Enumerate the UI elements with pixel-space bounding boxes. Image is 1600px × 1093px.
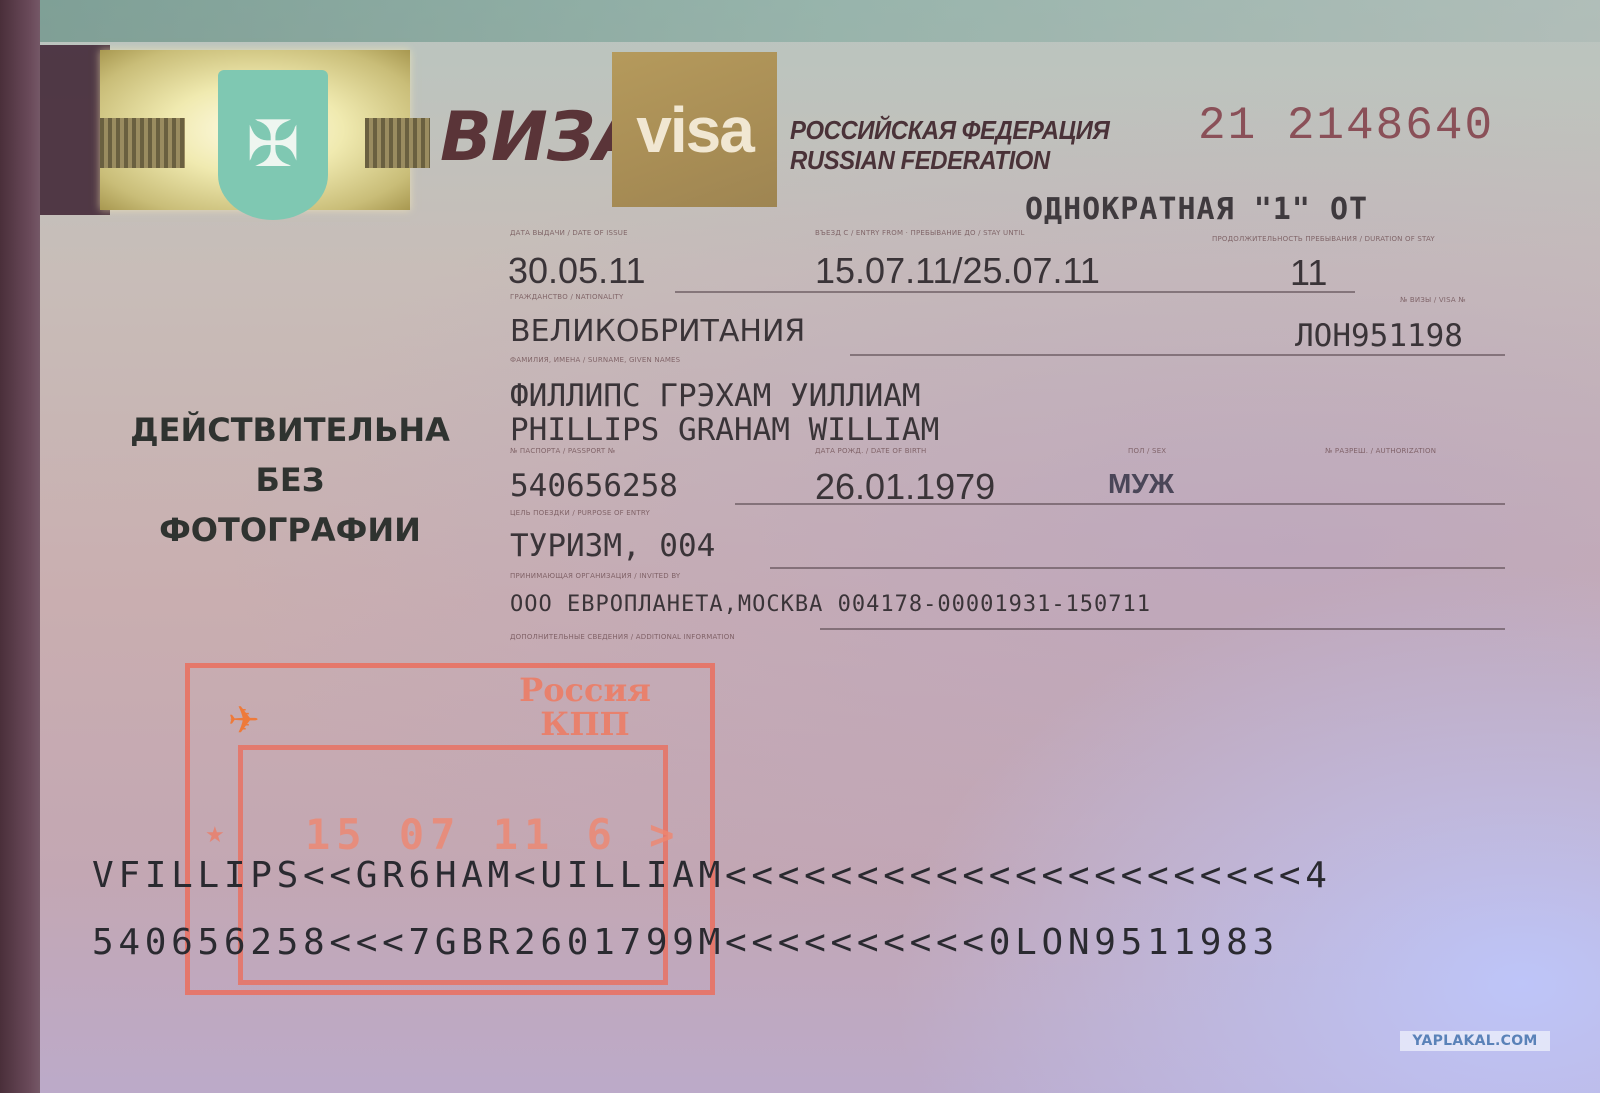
mrz-line-1: VFILLIPS<<GR6HAM<UILLIAM<<<<<<<<<<<<<<<<… <box>92 855 1332 896</box>
stamp-country: Россия КПП <box>510 673 660 741</box>
date-of-issue-value: 30.05.11 <box>508 250 645 292</box>
photo-note-line-2: БЕЗ <box>125 455 455 505</box>
stamp-checkpoint: КПП <box>510 707 660 741</box>
invited-by-value: ООО ЕВРОПЛАНЕТА,МОСКВА 004178-00001931-1… <box>510 592 1151 617</box>
hologram-bar-right <box>365 118 430 168</box>
site-watermark: YAPLAKAL.COM <box>1400 1031 1550 1051</box>
date-of-issue-label: ДАТА ВЫДАЧИ / DATE OF ISSUE <box>510 229 628 237</box>
duration-value: 11 <box>1290 252 1327 294</box>
nationality-value: ВЕЛИКОБРИТАНИЯ <box>510 314 805 349</box>
rule-2 <box>850 354 1505 356</box>
hologram-bar-left <box>100 118 185 168</box>
names-en-value: PHILLIPS GRAHAM WILLIAM <box>510 412 939 448</box>
names-ru-value: ФИЛЛИПС ГРЭХАМ УИЛЛИАМ <box>510 378 921 414</box>
passport-number-label: № ПАСПОРТА / PASSPORT № <box>510 447 615 455</box>
date-of-birth-label: ДАТА РОЖД. / DATE OF BIRTH <box>815 447 926 455</box>
rule-5 <box>820 628 1505 630</box>
visa-entry-type: ОДНОКРАТНАЯ "1" ОТ <box>1025 192 1368 227</box>
visa-number-label: № ВИЗЫ / VISA № <box>1400 296 1466 304</box>
validity-label: ВЪЕЗД С / ENTRY FROM · ПРЕБЫВАНИЕ ДО / S… <box>815 229 1025 237</box>
visa-title-en: visa <box>612 52 777 207</box>
date-of-birth-value: 26.01.1979 <box>815 466 995 508</box>
rule-3 <box>735 503 1505 505</box>
nationality-label: ГРАЖДАНСТВО / NATIONALITY <box>510 293 624 301</box>
duration-label: ПРОДОЛЖИТЕЛЬНОСТЬ ПРЕБЫВАНИЯ / DURATION … <box>1212 235 1435 243</box>
authorization-label: № РАЗРЕШ. / AUTHORIZATION <box>1325 447 1436 455</box>
valid-without-photo-note: ДЕЙСТВИТЕЛЬНА БЕЗ ФОТОГРАФИИ <box>125 405 455 555</box>
photo-note-line-3: ФОТОГРАФИИ <box>125 505 455 555</box>
names-label: ФАМИЛИЯ, ИМЕНА / SURNAME, GIVEN NAMES <box>510 356 680 364</box>
double-headed-eagle-icon: ✠ <box>218 70 328 220</box>
star-icon: ★ <box>205 823 225 848</box>
issuer: РОССИЙСКАЯ ФЕДЕРАЦИЯ RUSSIAN FEDERATION <box>790 115 1109 175</box>
invited-by-label: ПРИНИМАЮЩАЯ ОРГАНИЗАЦИЯ / INVITED BY <box>510 572 680 580</box>
rule-4 <box>770 567 1505 569</box>
airplane-icon: ✈ <box>228 705 358 735</box>
stamp-date: 15 07 11 6 > <box>305 810 680 859</box>
visa-number-value: ЛОН951198 <box>1295 318 1463 354</box>
issuer-ru: РОССИЙСКАЯ ФЕДЕРАЦИЯ <box>790 115 1109 145</box>
rule-1 <box>675 291 1355 293</box>
issuer-en: RUSSIAN FEDERATION <box>790 145 1109 175</box>
sex-value: МУЖ <box>1108 468 1174 500</box>
purpose-value: ТУРИЗМ, 004 <box>510 528 715 564</box>
validity-value: 15.07.11/25.07.11 <box>815 250 1100 292</box>
sex-label: ПОЛ / SEX <box>1128 447 1166 455</box>
additional-info-label: ДОПОЛНИТЕЛЬНЫЕ СВЕДЕНИЯ / ADDITIONAL INF… <box>510 633 735 641</box>
passport-number-value: 540656258 <box>510 468 678 504</box>
passport-top-band <box>40 0 1600 42</box>
stamp-country-name: Россия <box>510 673 660 707</box>
purpose-label: ЦЕЛЬ ПОЕЗДКИ / PURPOSE OF ENTRY <box>510 509 650 517</box>
visa-serial-number: 21 2148640 <box>1198 100 1494 152</box>
photo-note-line-1: ДЕЙСТВИТЕЛЬНА <box>125 405 455 455</box>
mrz-line-2: 540656258<<<7GBR2601799M<<<<<<<<<<0LON95… <box>92 922 1279 963</box>
